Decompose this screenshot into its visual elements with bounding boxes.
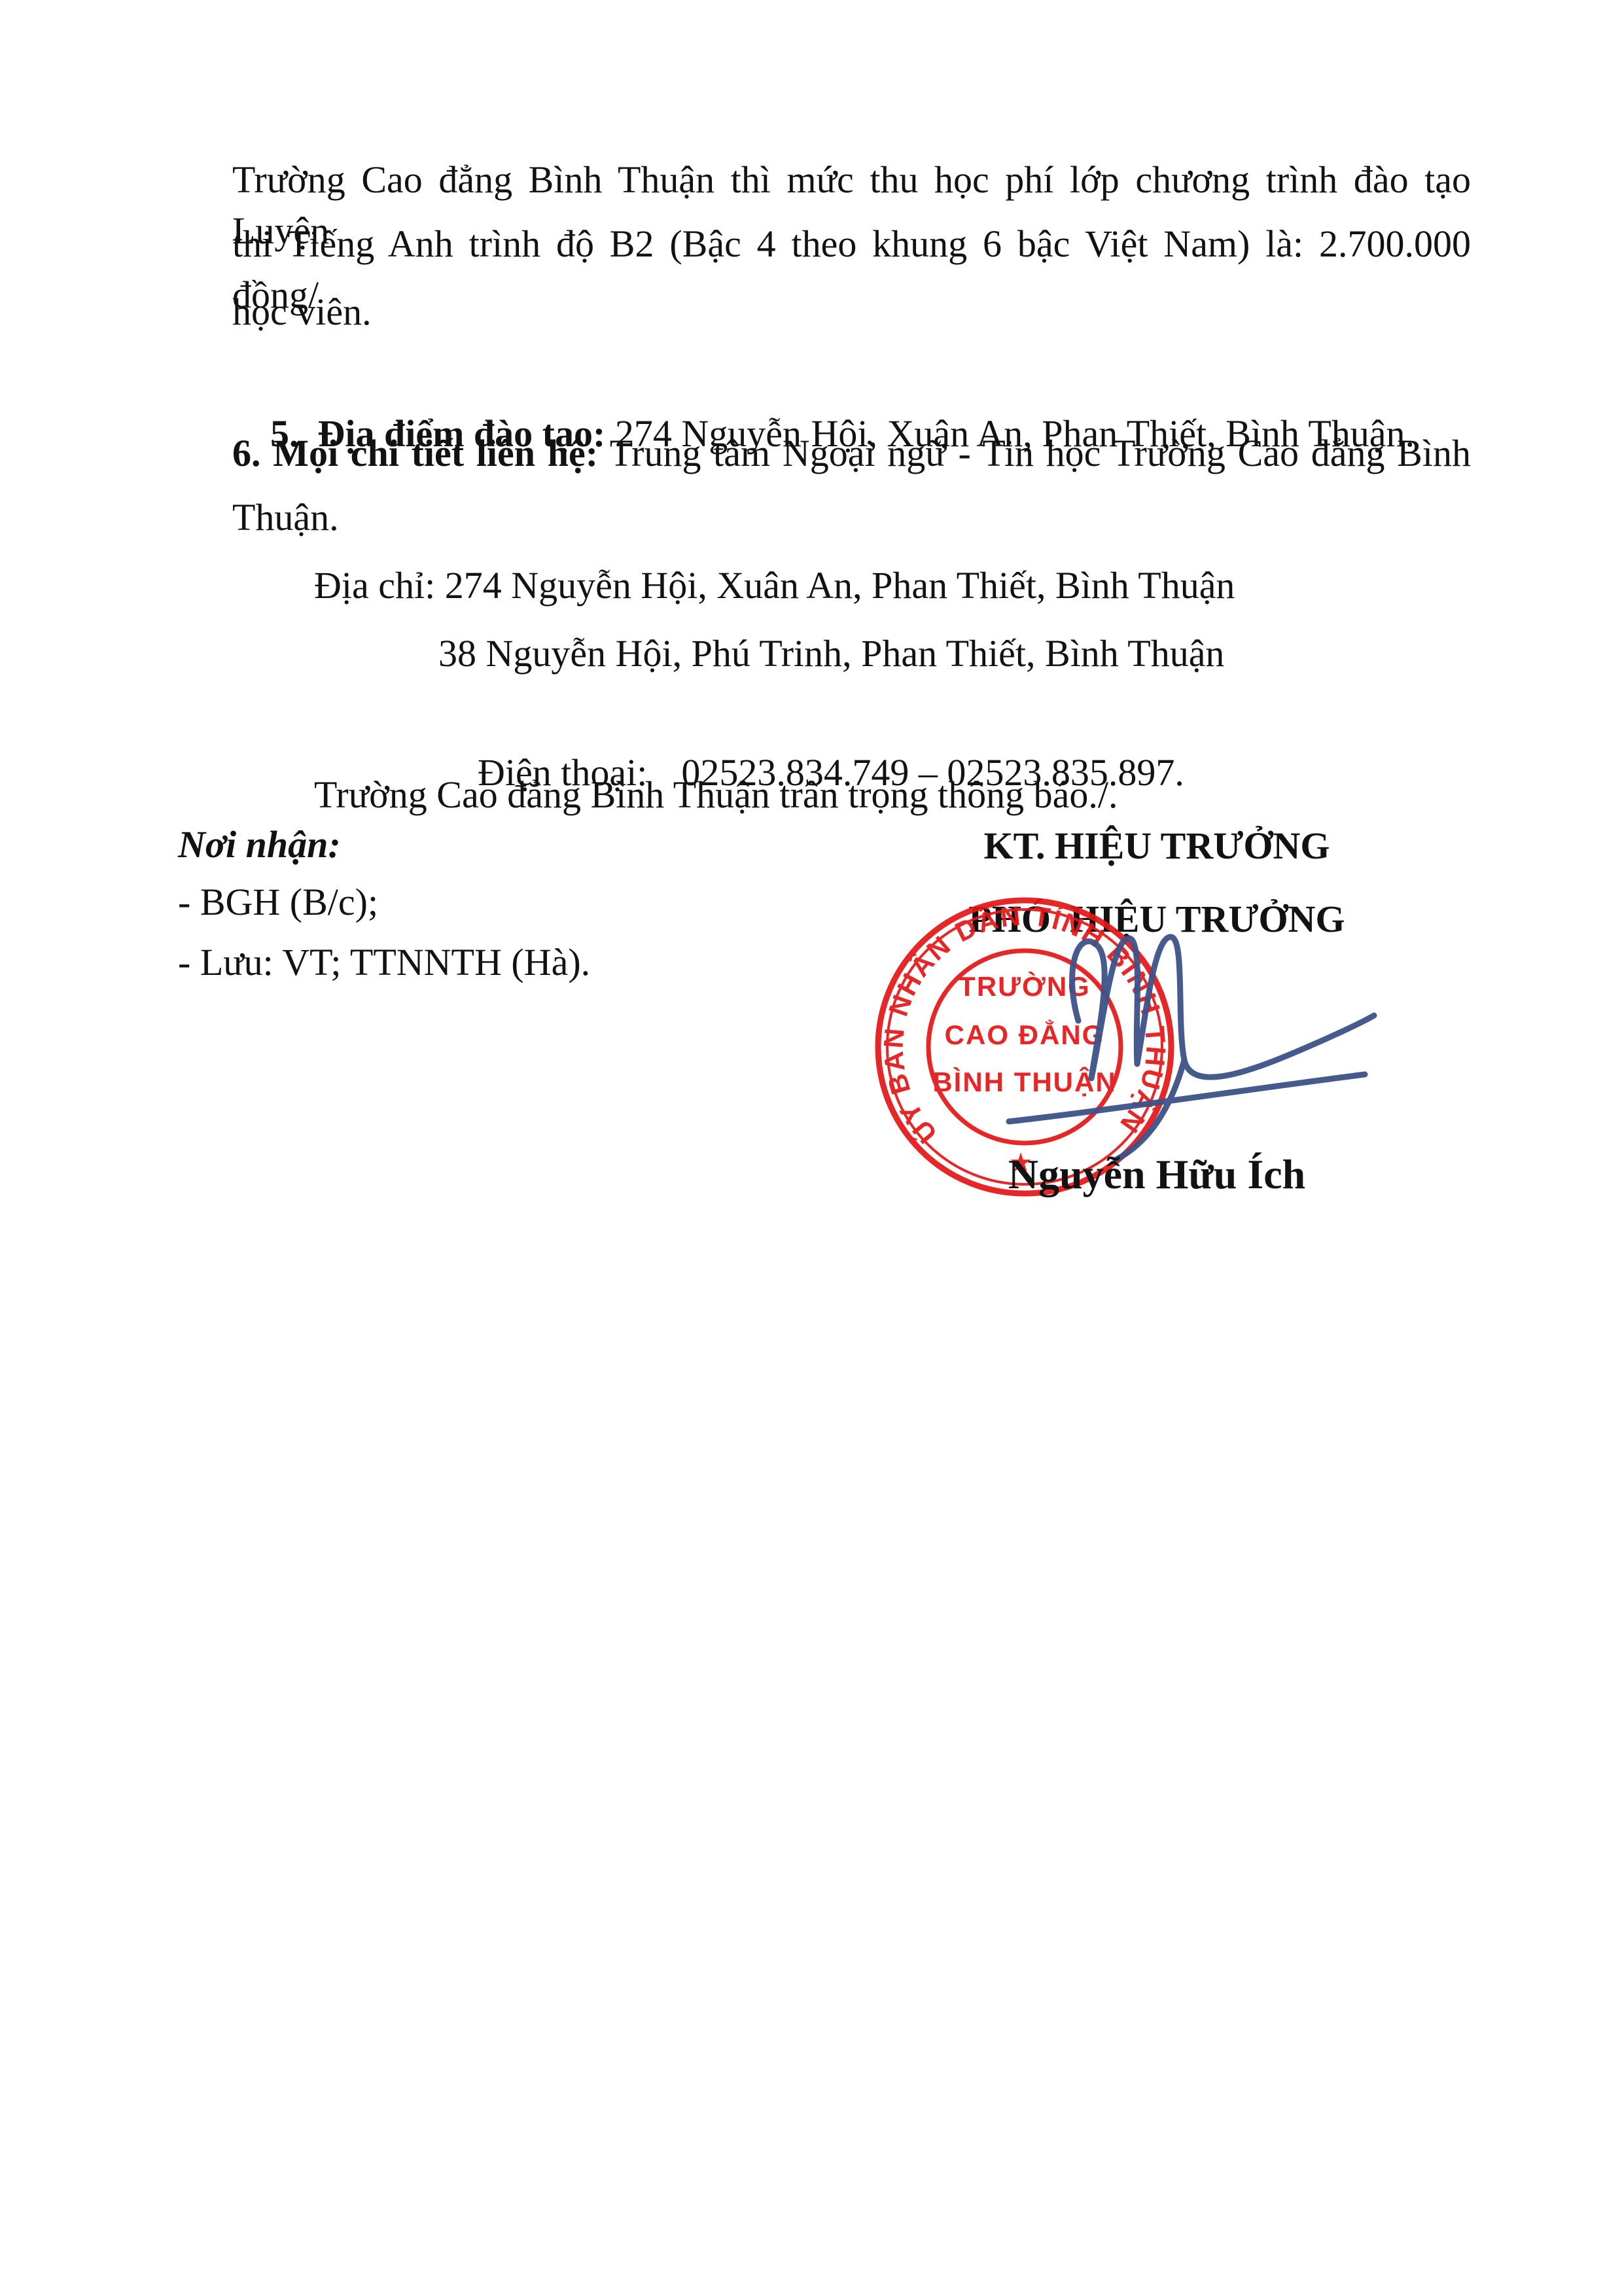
recipients-title: Nơi nhận: [178, 819, 341, 870]
item-6-continuation: Thuận. [232, 492, 339, 543]
item-6-text: Trung tâm Ngoại ngữ - Tin học Trường Cao… [598, 432, 1471, 474]
document-page: Trường Cao đẳng Bình Thuận thì mức thu h… [0, 0, 1622, 2296]
stamp-inner-ring [928, 951, 1121, 1143]
handwritten-signature [1009, 937, 1374, 1159]
address-line-2: 38 Nguyễn Hội, Phú Trinh, Phan Thiết, Bì… [438, 628, 1224, 679]
signature-title-line-1: KT. HIỆU TRƯỞNG [895, 821, 1419, 872]
recipient-item: - BGH (B/c); [178, 877, 378, 928]
signature-stroke-main [1072, 937, 1374, 1078]
paragraph-line-2: thi Tiếng Anh trình độ B2 (Bậc 4 theo kh… [232, 219, 1471, 321]
stamp-center-line-2: CAO ĐẲNG [945, 1019, 1105, 1050]
signature-stroke-descender [1116, 1060, 1184, 1159]
stamp-center-line-3: BÌNH THUẬN [932, 1066, 1116, 1097]
closing-line: Trường Cao đẳng Bình Thuận trân trọng th… [314, 769, 1118, 821]
paragraph-line-3: học viên. [232, 287, 372, 338]
signer-name: Nguyễn Hữu Ích [895, 1149, 1419, 1200]
official-stamp-and-signature: ỦY BAN NHÂN DÂN TỈNH BÌNH THUẬN TRƯỜNG C… [0, 0, 1622, 2296]
stamp-center-line-1: TRƯỜNG [959, 970, 1091, 1002]
signature-stroke-underline [1009, 1074, 1365, 1122]
recipient-item: - Lưu: VT; TTNNTH (Hà). [178, 937, 590, 988]
stamp-middle-ring [887, 910, 1162, 1184]
address-line-1: Địa chỉ: 274 Nguyễn Hội, Xuân An, Phan T… [314, 560, 1235, 611]
item-6-line: 6. Mọi chi tiết liên hệ: Trung tâm Ngoại… [232, 428, 1471, 479]
item-6-label: 6. Mọi chi tiết liên hệ: [232, 432, 598, 474]
signature-title-line-2: PHÓ HIỆU TRƯỞNG [895, 894, 1419, 945]
